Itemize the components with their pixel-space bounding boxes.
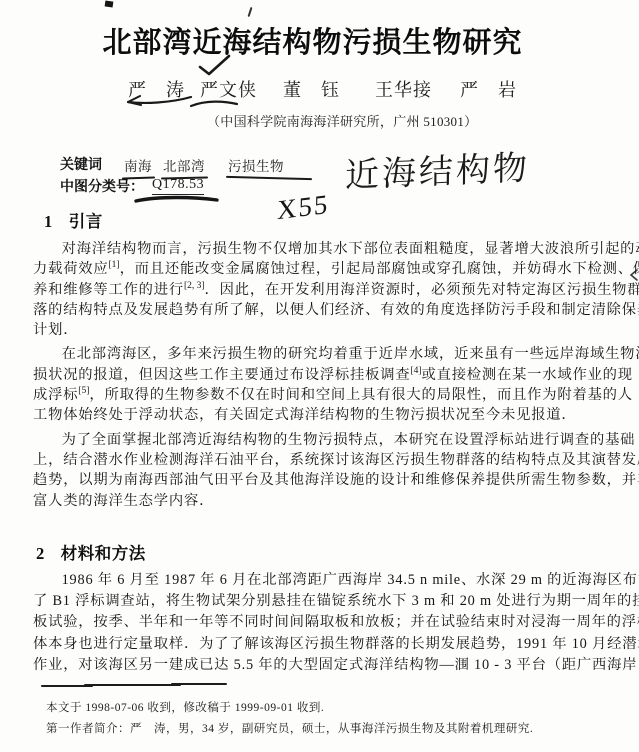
paragraph: 为了全面掌握北部湾近海结构物的生物污损特点，本研究在设置浮标站进行调查的基础上，…	[33, 430, 619, 511]
section-body: 1986 年 6 月至 1987 年 6 月在北部湾距广西海岸 34.5 n m…	[33, 570, 623, 676]
first-author-bio-footnote: 第一作者简介：严 涛，男，34 岁，副研究员，硕士，从事海洋污损生物及其附着机理…	[46, 720, 533, 736]
section-heading: 2材料和方法	[36, 540, 146, 564]
scanned-paper-page: 北部湾近海结构物污损生物研究 严 涛严文侠董 钰王华接严 岩 （中国科学院南海海…	[0, 0, 639, 752]
text-line: 对海洋结构物而言，污损生物不仅增加其水下部位表面粗糙度，显著增大波浪所引起的动	[33, 239, 619, 259]
section-title: 引言	[69, 213, 103, 231]
paragraph: 在北部湾海区，多年来污损生物的研究均着重于近岸水域，近来虽有一些远岸海域生物污损…	[33, 344, 619, 425]
keyword-item: 北部湾	[163, 155, 205, 175]
text-line: 为了全面掌握北部湾近海结构物的生物污损特点，本研究在设置浮标站进行调查的基础	[33, 430, 619, 450]
text-line: 富人类的海洋生态学内容．	[33, 491, 619, 511]
text-line: 成浮标[5]，所取得的生物参数不仅在时间和空间上具有很大的局限性，而且作为附着基…	[33, 385, 619, 405]
text-line: 落的结构特点及发展趋势有所了解，以便人们经济、有效的角度选择防污手段和制定清除保…	[33, 300, 619, 320]
section-number: 2	[36, 544, 45, 563]
handwritten-annotation-text: 近海结构物	[345, 140, 530, 197]
affiliation: （中国科学院南海海洋研究所，广州 510301）	[207, 111, 477, 130]
handwritten-underline	[188, 97, 240, 109]
handwritten-classification-code: X55	[277, 189, 330, 227]
text-line: 板试验，按季、半年和一年等不同时间间隔取板和放板；并在试验结束时对浸海一周年的浮…	[33, 612, 623, 633]
handwritten-check-icon	[196, 53, 232, 77]
received-date-footnote: 本文于 1998-07-06 收到，修改稿于 1999-09-01 收到.	[46, 699, 324, 715]
citation-superscript: [2, 3]	[184, 281, 205, 291]
author-name: 王华接	[375, 76, 432, 102]
clc-label: 中图分类号：	[60, 176, 144, 196]
text-line: 1986 年 6 月至 1987 年 6 月在北部湾距广西海岸 34.5 n m…	[33, 570, 623, 591]
paragraph: 对海洋结构物而言，污损生物不仅增加其水下部位表面粗糙度，显著增大波浪所引起的动力…	[33, 239, 619, 340]
author-list: 严 涛严文侠董 钰王华接严 岩	[0, 76, 639, 102]
scan-speck-mark	[105, 0, 114, 7]
text-line: 计划．	[33, 320, 619, 340]
scan-tick-mark	[248, 7, 253, 17]
text-line: 作业，对该海区另一建成已达 5.5 年的大型固定式海洋结构物—涠 10 - 3 …	[33, 655, 623, 676]
handwritten-arrow-underline	[118, 93, 194, 109]
footnote-separator-rule	[40, 680, 230, 690]
paper-title: 北部湾近海结构物污损生物研究	[0, 20, 632, 61]
section-number: 1	[44, 212, 53, 231]
paragraph: 1986 年 6 月至 1987 年 6 月在北部湾距广西海岸 34.5 n m…	[33, 570, 623, 676]
text-line: 上，结合潜水作业检测海洋石油平台，系统探讨该海区污损生物群落的结构特点及其演替发…	[33, 450, 619, 470]
text-line: 养和维修等工作的进行[2, 3]．因此，在开发利用海洋资源时，必须预先对特定海区…	[33, 280, 619, 300]
clc-number: Q178.53	[152, 177, 204, 195]
section-body: 对海洋结构物而言，污损生物不仅增加其水下部位表面粗糙度，显著增大波浪所引起的动力…	[33, 239, 619, 511]
text-line: 体本身也进行定量取样．为了了解该海区污损生物群落的长期发展趋势，1991 年 1…	[33, 634, 623, 655]
text-line: 在北部湾海区，多年来污损生物的研究均着重于近岸水域，近来虽有一些远岸海域生物污	[33, 344, 619, 364]
handwritten-thick-underline	[133, 194, 221, 205]
citation-superscript: [1]	[108, 261, 119, 271]
text-line: 了 B1 浮标调查站，将生物试架分别悬挂在锚锭系统水下 3 m 和 20 m 处…	[33, 591, 623, 612]
keyword-item: 污损生物	[228, 155, 284, 175]
text-line: 工物体始终处于浮动状态，有关固定式海洋结构物的生物污损状况至今未见报道．	[33, 405, 619, 425]
section-title: 材料和方法	[61, 545, 146, 563]
author-name: 董 钰	[283, 76, 340, 102]
text-line: 力载荷效应[1]，而且还能改变金属腐蚀过程，引起局部腐蚀或穿孔腐蚀，并妨碍水下检…	[33, 259, 619, 279]
author-name: 严 岩	[460, 76, 517, 102]
citation-superscript: [5]	[78, 386, 89, 396]
keywords-label: 关键词	[60, 154, 102, 174]
text-line: 损状况的报道，但因这些工作主要通过布设浮标挂板调查[4]或直接检测在某一水域作业…	[33, 365, 619, 385]
text-line: 趋势，以期为南海西部油气田平台及其他海洋设施的设计和维修保养提供所需生物参数，并…	[33, 470, 619, 490]
section-heading: 1引言	[44, 208, 103, 232]
citation-superscript: [4]	[410, 366, 421, 376]
keyword-item: 南海	[124, 155, 152, 175]
